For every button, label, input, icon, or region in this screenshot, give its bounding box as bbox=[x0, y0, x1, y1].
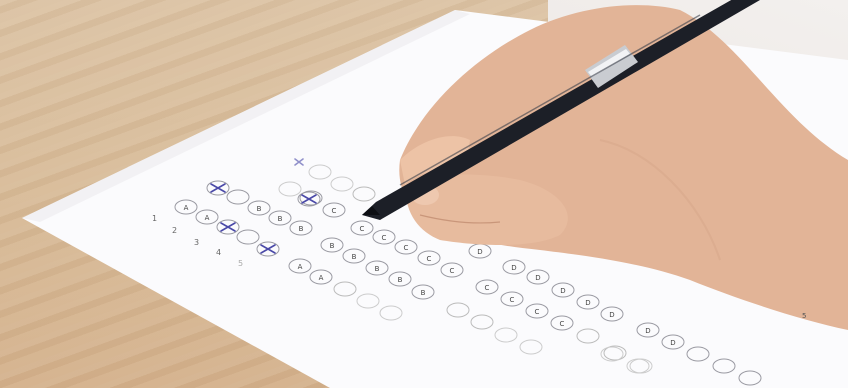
svg-text:A: A bbox=[184, 204, 189, 212]
answer-sheet-illustration: 1 2 3 4 5 bbox=[0, 0, 848, 388]
svg-text:C: C bbox=[360, 225, 365, 233]
svg-text:D: D bbox=[477, 248, 482, 256]
svg-text:C: C bbox=[332, 207, 337, 215]
svg-text:D: D bbox=[670, 339, 675, 347]
svg-text:A: A bbox=[205, 214, 210, 222]
svg-text:C: C bbox=[535, 308, 540, 316]
svg-text:D: D bbox=[645, 327, 650, 335]
svg-text:C: C bbox=[404, 244, 409, 252]
sheet-edge-mark: 5 bbox=[802, 312, 806, 320]
svg-text:C: C bbox=[427, 255, 432, 263]
svg-text:B: B bbox=[330, 242, 335, 250]
svg-text:D: D bbox=[535, 274, 540, 282]
svg-text:3: 3 bbox=[194, 238, 199, 247]
svg-text:D: D bbox=[511, 264, 516, 272]
svg-text:C: C bbox=[560, 320, 565, 328]
svg-text:D: D bbox=[560, 287, 565, 295]
svg-text:4: 4 bbox=[216, 248, 221, 257]
svg-text:C: C bbox=[485, 284, 490, 292]
svg-text:5: 5 bbox=[238, 259, 243, 268]
svg-text:D: D bbox=[585, 299, 590, 307]
svg-text:B: B bbox=[278, 215, 283, 223]
svg-text:C: C bbox=[450, 267, 455, 275]
svg-text:2: 2 bbox=[172, 226, 177, 235]
svg-text:C: C bbox=[382, 234, 387, 242]
svg-text:1: 1 bbox=[152, 214, 157, 223]
svg-text:B: B bbox=[299, 225, 304, 233]
svg-text:B: B bbox=[352, 253, 357, 261]
svg-text:C: C bbox=[510, 296, 515, 304]
svg-text:B: B bbox=[375, 265, 380, 273]
svg-text:B: B bbox=[421, 289, 426, 297]
svg-text:A: A bbox=[298, 263, 303, 271]
photo-scene: 1 2 3 4 5 bbox=[0, 0, 848, 388]
svg-text:A: A bbox=[319, 274, 324, 282]
svg-text:D: D bbox=[609, 311, 614, 319]
svg-text:B: B bbox=[398, 276, 403, 284]
svg-text:B: B bbox=[257, 205, 262, 213]
